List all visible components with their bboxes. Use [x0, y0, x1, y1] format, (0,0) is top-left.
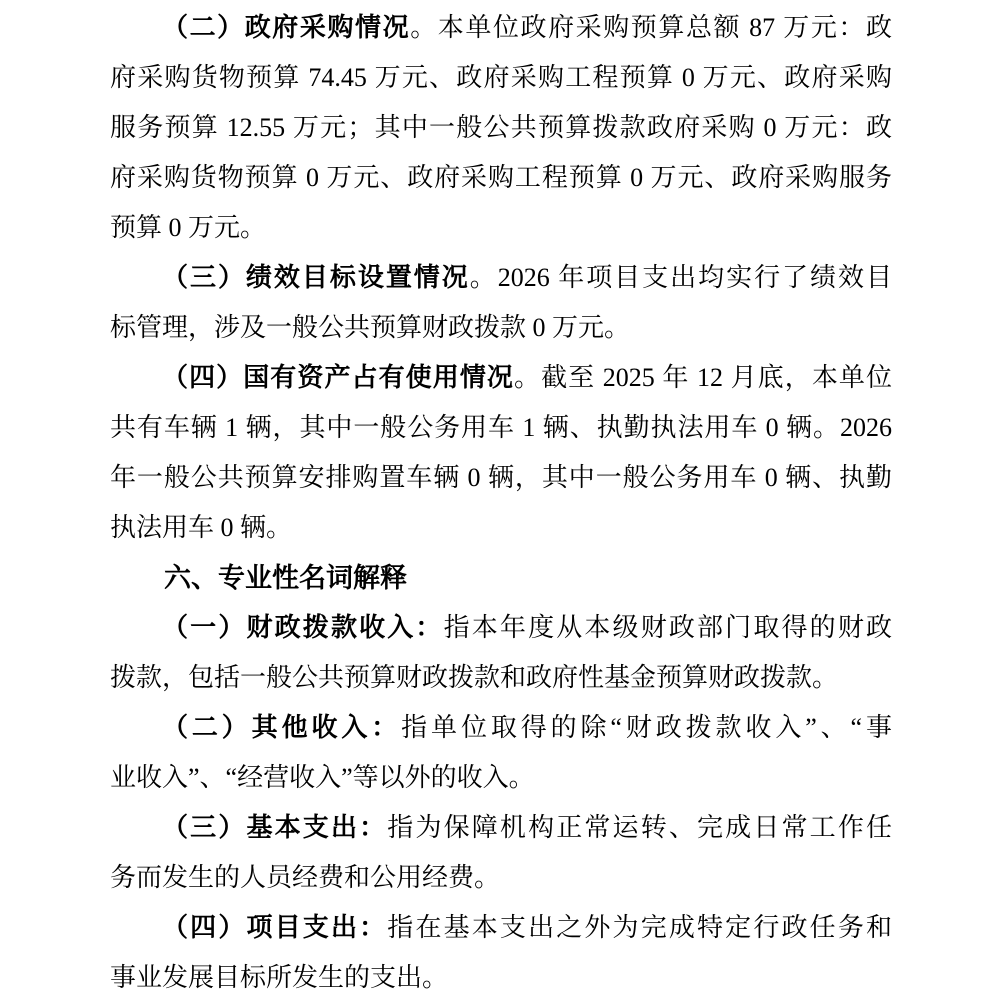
paragraph-line: 共有车辆 1 辆，其中一般公务用车 1 辆、执勤执法用车 0 辆。2026: [110, 403, 892, 453]
paragraph-line: 府采购货物预算 74.45 万元、政府采购工程预算 0 万元、政府采购: [110, 53, 892, 103]
lead-text: 六、专业性名词解释: [164, 563, 407, 593]
paragraph-line: 服务预算 12.55 万元；其中一般公共预算拨款政府采购 0 万元：政: [110, 103, 892, 153]
lead-text: （三）基本支出：: [162, 813, 387, 842]
body-text: 拨款，包括一般公共预算财政拨款和政府性基金预算财政拨款。: [110, 663, 838, 692]
body-text: 府采购货物预算 74.45 万元、政府采购工程预算 0 万元、政府采购: [110, 63, 892, 92]
paragraph: （一）财政拨款收入：指本年度从本级财政部门取得的财政拨款，包括一般公共预算财政拨…: [110, 603, 892, 703]
paragraph: （四）项目支出：指在基本支出之外为完成特定行政任务和事业发展目标所发生的支出。: [110, 903, 892, 1002]
paragraph: （三）绩效目标设置情况。2026 年项目支出均实行了绩效目标管理，涉及一般公共预…: [110, 253, 892, 353]
lead-text: （四）国有资产占有使用情况: [162, 363, 514, 392]
body-text: 指在基本支出之外为完成特定行政任务和: [387, 913, 892, 942]
paragraph-line: （一）财政拨款收入：指本年度从本级财政部门取得的财政: [110, 603, 892, 653]
body-text: 指本年度从本级财政部门取得的财政: [444, 613, 892, 642]
body-text: 执法用车 0 辆。: [110, 513, 292, 542]
body-text: 年一般公共预算安排购置车辆 0 辆，其中一般公务用车 0 辆、执勤: [110, 463, 892, 492]
paragraph-line: 府采购货物预算 0 万元、政府采购工程预算 0 万元、政府采购服务: [110, 153, 892, 203]
lead-text: （四）项目支出：: [162, 913, 387, 942]
paragraph-line: 务而发生的人员经费和公用经费。: [110, 853, 892, 903]
body-text: 服务预算 12.55 万元；其中一般公共预算拨款政府采购 0 万元：政: [110, 113, 892, 142]
lead-text: （三）绩效目标设置情况: [162, 263, 470, 292]
paragraph-line: 事业发展目标所发生的支出。: [110, 953, 892, 1002]
body-text: 。2026 年项目支出均实行了绩效目: [470, 263, 892, 292]
body-text: 。本单位政府采购预算总额 87 万元：政: [410, 13, 892, 42]
paragraph-line: 标管理，涉及一般公共预算财政拨款 0 万元。: [110, 303, 892, 353]
paragraph: （二）其他收入：指单位取得的除“财政拨款收入”、“事业收入”、“经营收入”等以外…: [110, 703, 892, 803]
paragraph-line: 预算 0 万元。: [110, 203, 892, 253]
lead-text: （二）政府采购情况: [162, 13, 410, 42]
body-text: 预算 0 万元。: [110, 213, 266, 242]
body-text: 。截至 2025 年 12 月底，本单位: [514, 363, 892, 392]
lead-text: （二）其他收入：: [162, 713, 401, 742]
document-page: （二）政府采购情况。本单位政府采购预算总额 87 万元：政府采购货物预算 74.…: [110, 3, 892, 1002]
body-text: 指为保障机构正常运转、完成日常工作任: [387, 813, 892, 842]
paragraph-line: （四）项目支出：指在基本支出之外为完成特定行政任务和: [110, 903, 892, 953]
section-heading: 六、专业性名词解释: [110, 553, 892, 603]
body-text: 指单位取得的除“财政拨款收入”、“事: [401, 713, 892, 742]
body-text: 业收入”、“经营收入”等以外的收入。: [110, 763, 535, 792]
body-text: 府采购货物预算 0 万元、政府采购工程预算 0 万元、政府采购服务: [110, 163, 892, 192]
paragraph-line: （二）其他收入：指单位取得的除“财政拨款收入”、“事: [110, 703, 892, 753]
body-text: 共有车辆 1 辆，其中一般公务用车 1 辆、执勤执法用车 0 辆。2026: [110, 413, 892, 442]
paragraph: （二）政府采购情况。本单位政府采购预算总额 87 万元：政府采购货物预算 74.…: [110, 3, 892, 253]
paragraph-line: （四）国有资产占有使用情况。截至 2025 年 12 月底，本单位: [110, 353, 892, 403]
paragraph-line: （三）绩效目标设置情况。2026 年项目支出均实行了绩效目: [110, 253, 892, 303]
paragraph: （四）国有资产占有使用情况。截至 2025 年 12 月底，本单位共有车辆 1 …: [110, 353, 892, 553]
body-text: 事业发展目标所发生的支出。: [110, 963, 448, 992]
body-text: 标管理，涉及一般公共预算财政拨款 0 万元。: [110, 313, 630, 342]
paragraph-line: 拨款，包括一般公共预算财政拨款和政府性基金预算财政拨款。: [110, 653, 892, 703]
paragraph-line: 年一般公共预算安排购置车辆 0 辆，其中一般公务用车 0 辆、执勤: [110, 453, 892, 503]
paragraph-line: 六、专业性名词解释: [110, 553, 892, 603]
lead-text: （一）财政拨款收入：: [162, 613, 444, 642]
paragraph-line: （三）基本支出：指为保障机构正常运转、完成日常工作任: [110, 803, 892, 853]
paragraph-line: 执法用车 0 辆。: [110, 503, 892, 553]
paragraph: （三）基本支出：指为保障机构正常运转、完成日常工作任务而发生的人员经费和公用经费…: [110, 803, 892, 903]
paragraph-line: （二）政府采购情况。本单位政府采购预算总额 87 万元：政: [110, 3, 892, 53]
body-text: 务而发生的人员经费和公用经费。: [110, 863, 500, 892]
paragraph-line: 业收入”、“经营收入”等以外的收入。: [110, 753, 892, 803]
